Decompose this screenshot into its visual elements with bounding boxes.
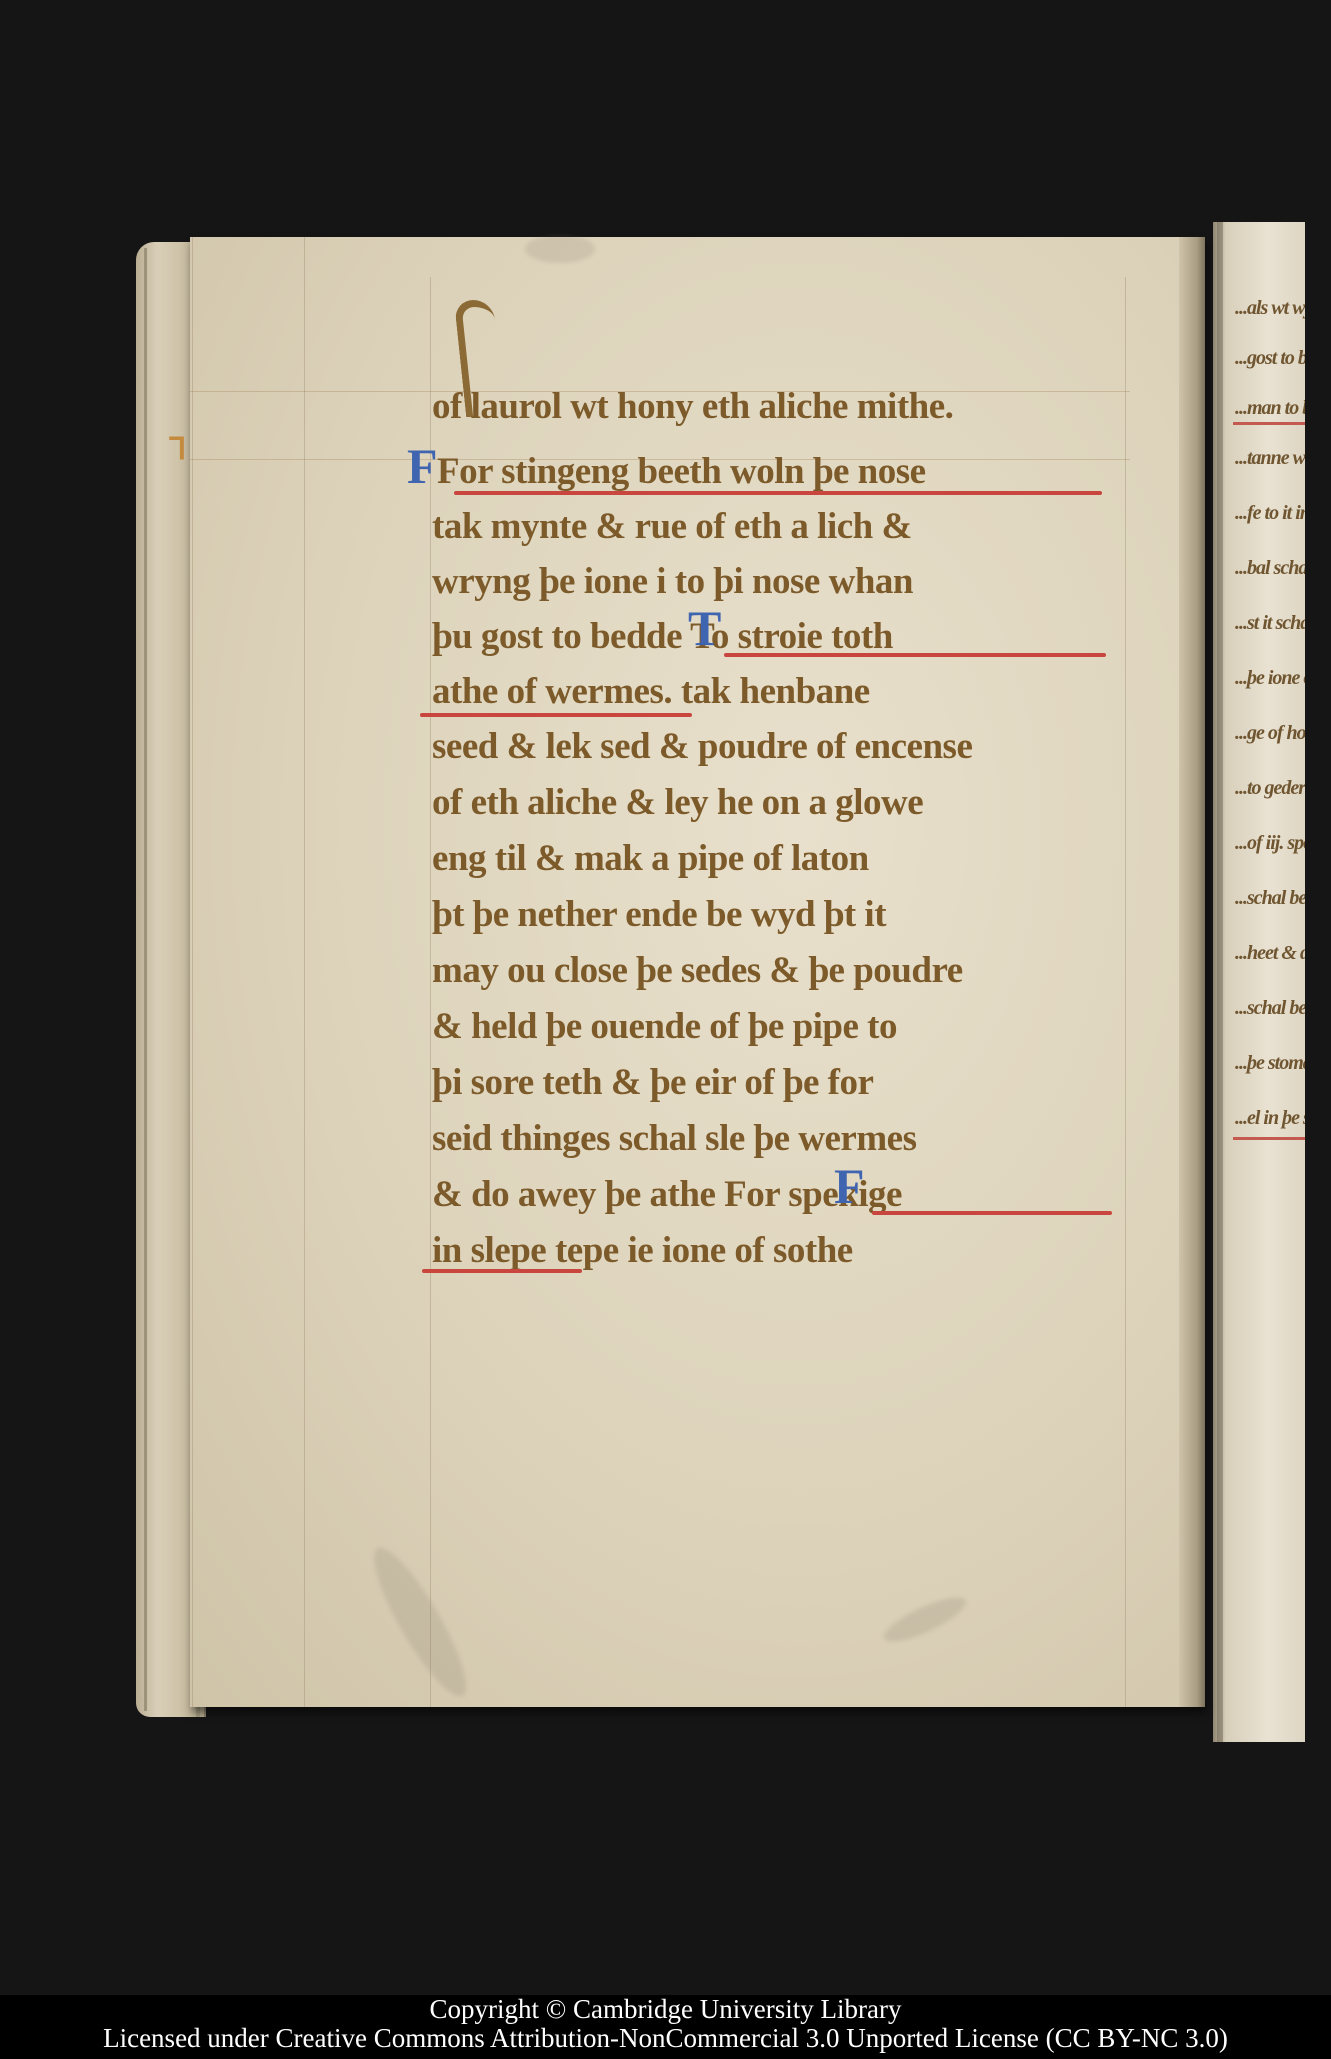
margin-mark: ᒣ bbox=[168, 432, 186, 467]
facing-page-text: ...ge of hony bbox=[1235, 722, 1305, 745]
rubric-underline bbox=[422, 1269, 582, 1273]
blue-initial: T bbox=[688, 603, 721, 653]
stain bbox=[525, 235, 595, 263]
text-line: of laurol wt hony eth aliche mithe. bbox=[432, 385, 953, 428]
rubric-underline bbox=[1233, 1137, 1305, 1140]
license-line: Licensed under Creative Commons Attribut… bbox=[0, 2024, 1331, 2053]
stain bbox=[360, 1538, 480, 1705]
text-line: in slepe tepe ie ione of sothe bbox=[432, 1229, 853, 1272]
stain bbox=[879, 1589, 971, 1650]
facing-page-text: ...heet & drynk it bbox=[1235, 942, 1305, 965]
ruling-line bbox=[192, 237, 193, 1707]
rubric-underline bbox=[1233, 422, 1305, 425]
facing-page-text: ...bal schal bbox=[1235, 557, 1305, 580]
blue-initial: F bbox=[834, 1161, 865, 1211]
facing-page-text: ...man to be bbox=[1235, 397, 1305, 420]
copyright-footer: Copyright © Cambridge University Library… bbox=[0, 1995, 1331, 2059]
text-line: seed & lek sed & poudre of encense bbox=[432, 725, 972, 768]
rubric-underline bbox=[872, 1211, 1112, 1215]
rubric-underline bbox=[420, 713, 692, 717]
text-line: may ou close þe sedes & þe poudre bbox=[432, 949, 963, 992]
text-line: FFor stingeng beeth woln þe nose bbox=[407, 441, 926, 493]
text-line: & do awey þe athe For spekige bbox=[432, 1173, 902, 1216]
ruling-line bbox=[1125, 277, 1126, 1707]
facing-page-text: ...schal be hol. & rue bbox=[1235, 997, 1305, 1020]
facing-page-text: ...st it schal bbox=[1235, 612, 1305, 635]
text-line: & held þe ouende of þe pipe to bbox=[432, 1005, 897, 1048]
facing-page-text: ...fe to it in a mor bbox=[1235, 502, 1305, 525]
text-line: eng til & mak a pipe of laton bbox=[432, 837, 869, 880]
text-line: þt þe nether ende be wyd þt it bbox=[432, 893, 886, 936]
image-viewer: ...als wt wyn ...gost to b ...man to be … bbox=[0, 0, 1331, 1995]
facing-page-text: ...to gedere bbox=[1235, 777, 1305, 800]
rubric-heading: For stingeng beeth woln þe nose bbox=[437, 451, 925, 492]
facing-page-text: ...als wt wyn bbox=[1235, 297, 1305, 320]
ruling-line bbox=[304, 237, 305, 1707]
text-line: wryng þe ione i to þi nose whan bbox=[432, 560, 913, 603]
copyright-line: Copyright © Cambridge University Library bbox=[0, 1995, 1331, 2024]
rubric-underline bbox=[724, 653, 1106, 657]
text-segment: þu gost to bedde To stroie toth bbox=[432, 616, 893, 657]
text-line: athe of wermes. tak henbane bbox=[432, 670, 870, 713]
facing-page: ...als wt wyn ...gost to b ...man to be … bbox=[1213, 222, 1305, 1742]
gutter-shadow bbox=[1179, 237, 1205, 1707]
text-line: seid thinges schal sle þe wermes bbox=[432, 1117, 917, 1160]
facing-page-text: ...of iij. sponf bbox=[1235, 832, 1305, 855]
facing-page-text: ...el in þe stomak bbox=[1235, 1107, 1305, 1130]
text-line: þi sore teth & þe eir of þe for bbox=[432, 1061, 873, 1104]
facing-page-text: ...schal be hol. For bbox=[1235, 887, 1305, 910]
facing-page-text: ...gost to b bbox=[1235, 347, 1305, 370]
facing-page-text: ...tanne wel bbox=[1235, 447, 1305, 470]
rubric-underline bbox=[454, 491, 1102, 495]
text-line: þu gost to bedde To stroie toth bbox=[432, 615, 893, 658]
blue-initial: F bbox=[407, 441, 437, 491]
text-line: tak mynte & rue of eth a lich & bbox=[432, 505, 912, 548]
facing-page-text: ...þe stomak & þe bre bbox=[1235, 1052, 1305, 1075]
page-edge bbox=[1217, 222, 1223, 1742]
text-line: of eth aliche & ley he on a glowe bbox=[432, 781, 923, 824]
facing-page-text: ...þe ione of þ bbox=[1235, 667, 1305, 690]
